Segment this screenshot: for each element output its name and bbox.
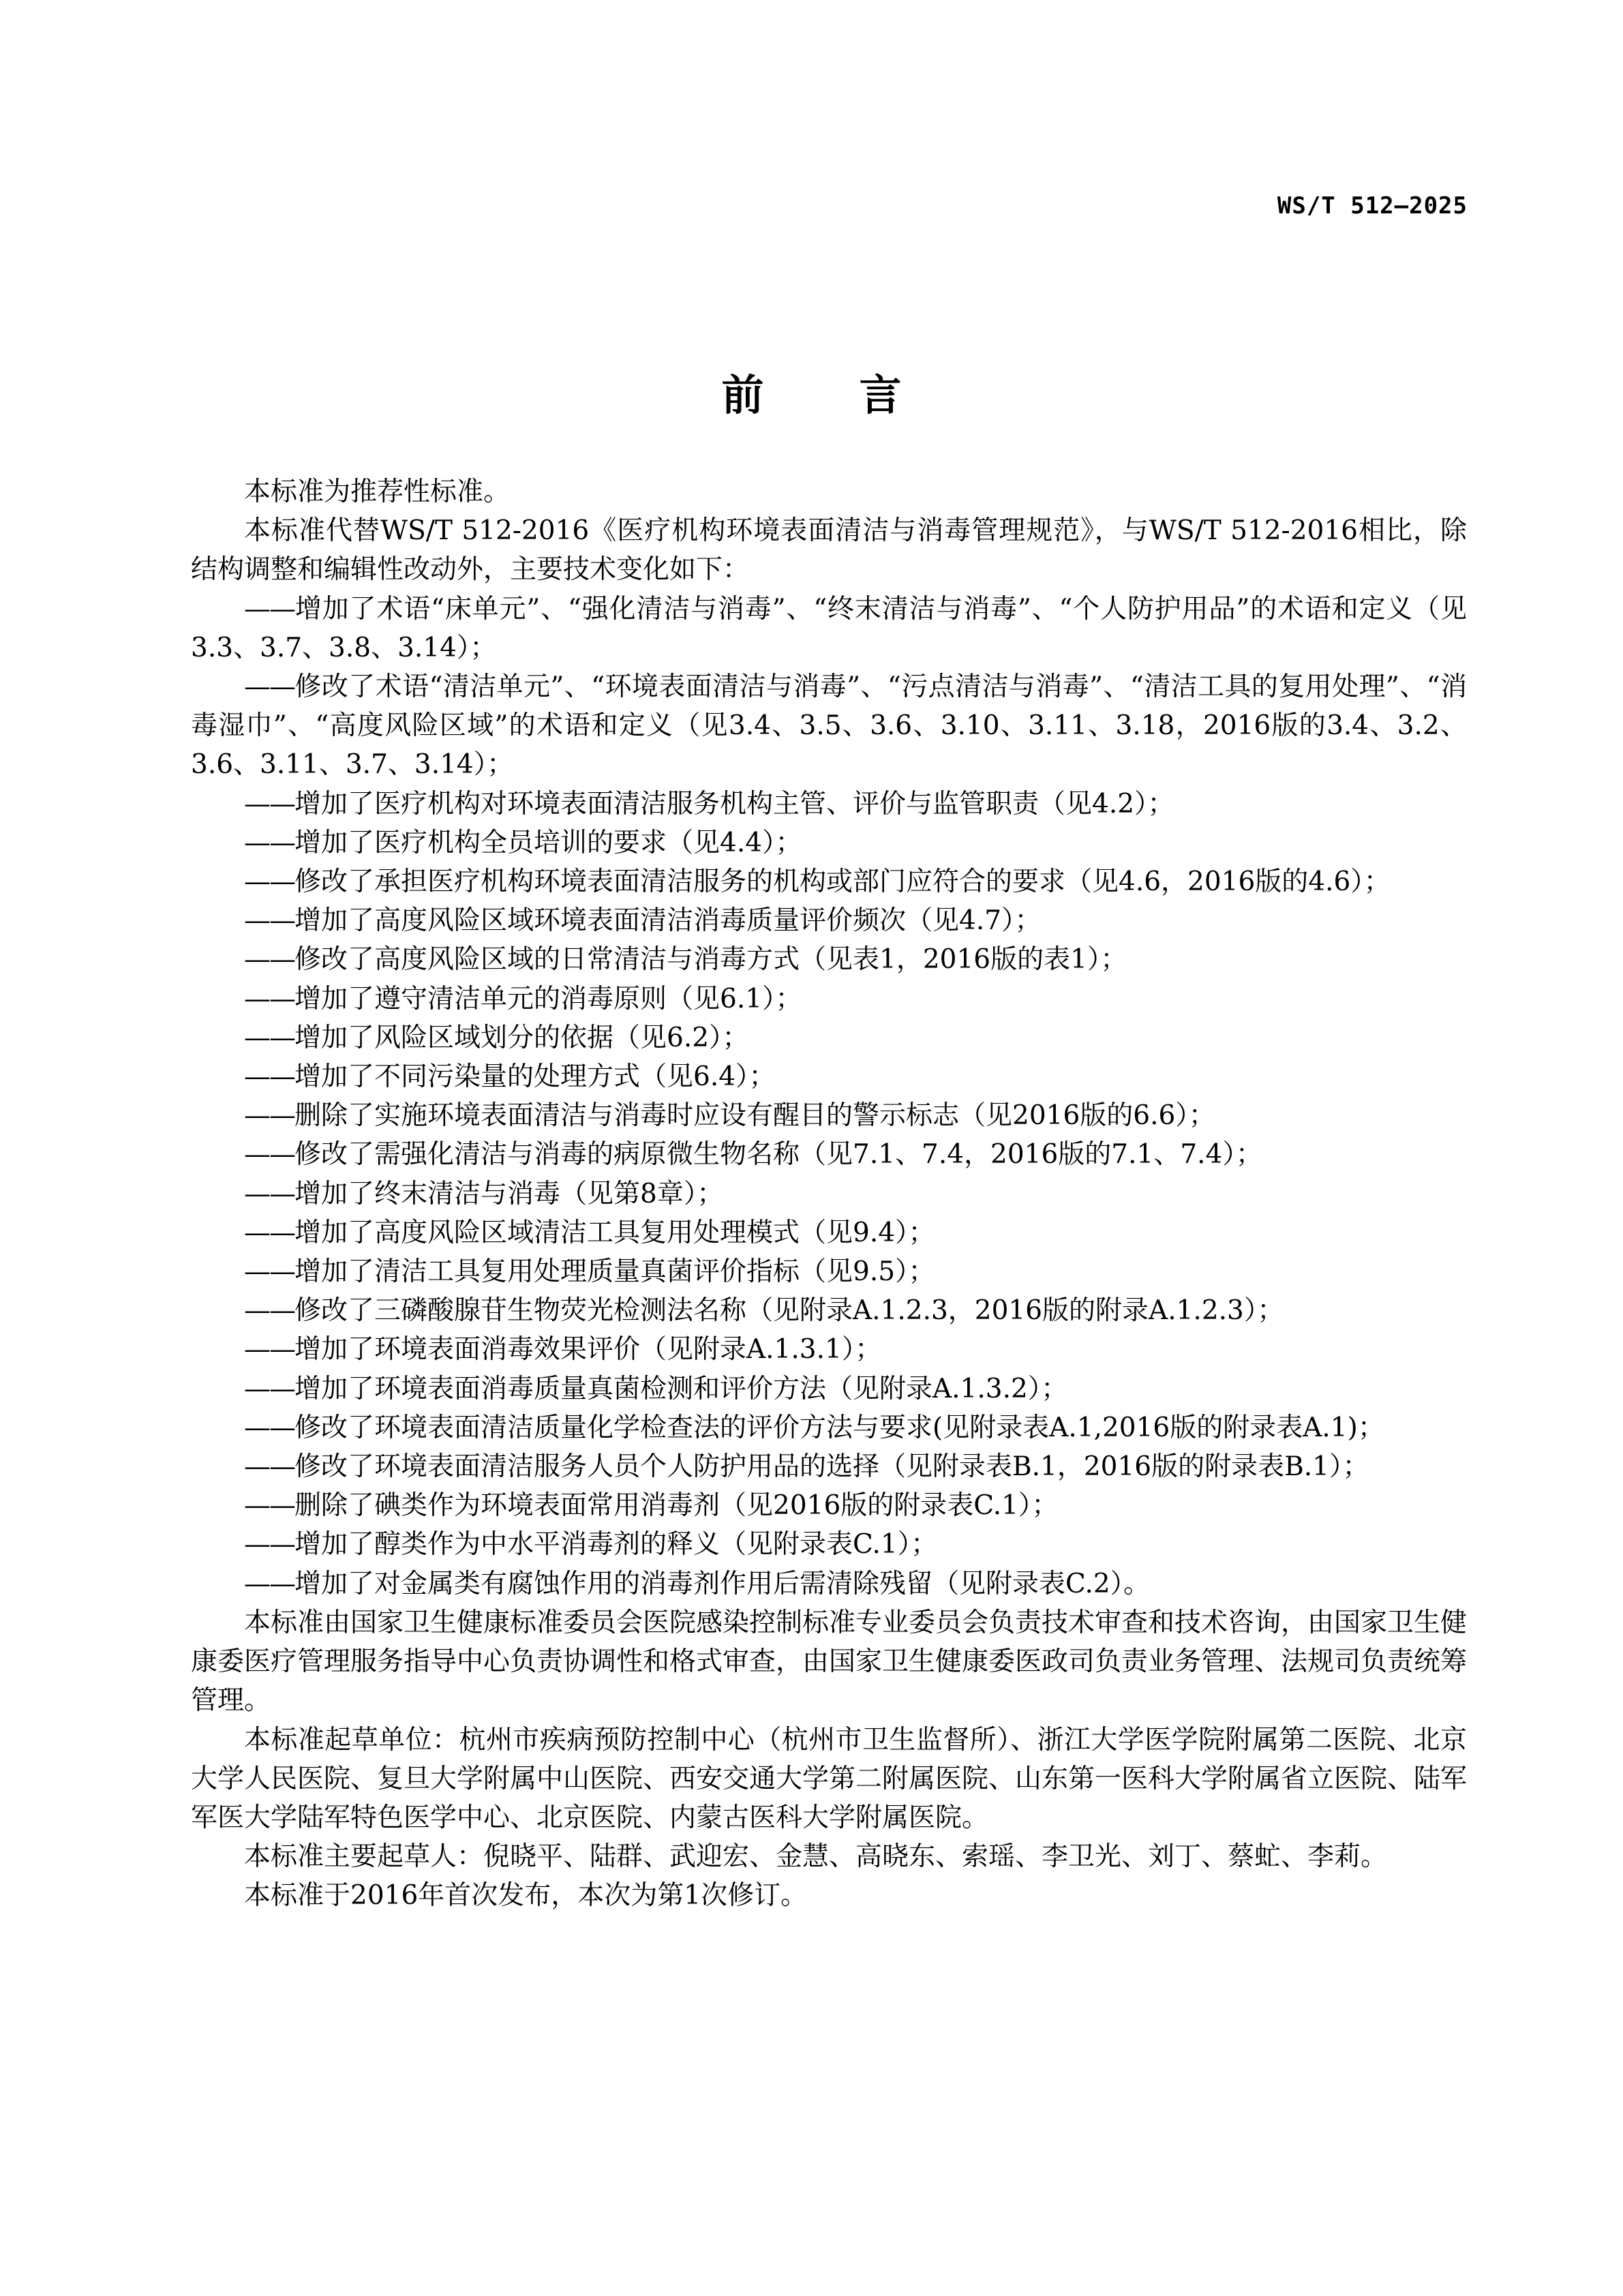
list-item-text: 删除了实施环境表面清洁与消毒时应设有醒目的警示标志（见2016版的6.6）； xyxy=(294,1100,1215,1131)
dash-marker: —— xyxy=(244,905,294,936)
list-item-text: 增加了环境表面消毒效果评价（见附录A.1.3.1）； xyxy=(294,1334,881,1365)
list-item: ——增加了对金属类有腐蚀作用的消毒剂作用后需清除残留（见附录表C.2）。 xyxy=(191,1565,1467,1603)
list-item: ——删除了实施环境表面清洁与消毒时应设有醒目的警示标志（见2016版的6.6）； xyxy=(191,1096,1467,1135)
document-id-header: WS/T 512—2025 xyxy=(1277,192,1468,220)
list-item-text: 修改了环境表面清洁质量化学检查法的评价方法与要求(见附录表A.1,2016版的附… xyxy=(294,1413,1384,1443)
dash-marker: —— xyxy=(244,1179,294,1209)
list-item: ——增加了清洁工具复用处理质量真菌评价指标（见9.5）； xyxy=(191,1252,1467,1291)
list-item: ——增加了环境表面消毒质量真菌检测和评价方法（见附录A.1.3.2）； xyxy=(191,1370,1467,1408)
list-item: ——增加了医疗机构对环境表面清洁服务机构主管、评价与监管职责（见4.2）； xyxy=(191,785,1467,824)
foreword-body: 本标准为推荐性标准。 本标准代替WS/T 512-2016《医疗机构环境表面清洁… xyxy=(191,472,1467,1916)
page-title: 前言 xyxy=(0,361,1623,422)
list-item-text: 增加了环境表面消毒质量真菌检测和评价方法（见附录A.1.3.2）； xyxy=(294,1374,1067,1404)
list-item-text: 增加了术语“床单元”、“强化清洁与消毒”、“终末清洁与消毒”、“个人防护用品”的… xyxy=(191,594,1467,663)
list-item-text: 修改了环境表面清洁服务人员个人防护用品的选择（见附录表B.1，2016版的附录表… xyxy=(294,1451,1369,1482)
list-item-text: 增加了对金属类有腐蚀作用的消毒剂作用后需清除残留（见附录表C.2）。 xyxy=(294,1569,1150,1599)
title-char-2: 言 xyxy=(860,361,902,422)
management-paragraph: 本标准由国家卫生健康标准委员会医院感染控制标准专业委员会负责技术审查和技术咨询，… xyxy=(191,1603,1467,1721)
dash-marker: —— xyxy=(244,1451,294,1482)
dash-marker: —— xyxy=(244,828,294,858)
list-item-text: 增加了医疗机构对环境表面清洁服务机构主管、评价与监管职责（见4.2）； xyxy=(294,789,1174,819)
list-item: ——增加了终末清洁与消毒（见第8章）； xyxy=(191,1175,1467,1213)
drafting-units-paragraph: 本标准起草单位：杭州市疾病预防控制中心（杭州市卫生监督所）、浙江大学医学院附属第… xyxy=(191,1721,1467,1838)
list-item-text: 删除了碘类作为环境表面常用消毒剂（见2016版的附录表C.1）； xyxy=(294,1490,1058,1521)
dash-marker: —— xyxy=(244,1529,294,1560)
list-item-text: 修改了术语“清洁单元”、“环境表面清洁与消毒”、“污点清洁与消毒”、“清洁工具的… xyxy=(191,671,1467,780)
history-paragraph: 本标准于2016年首次发布，本次为第1次修订。 xyxy=(191,1876,1467,1915)
list-item: ——修改了环境表面清洁质量化学检查法的评价方法与要求(见附录表A.1,2016版… xyxy=(191,1408,1467,1447)
list-item: ——增加了高度风险区域清洁工具复用处理模式（见9.4）； xyxy=(191,1213,1467,1252)
dash-marker: —— xyxy=(244,1413,294,1443)
list-item-text: 修改了需强化清洁与消毒的病原微生物名称（见7.1、7.4，2016版的7.1、7… xyxy=(294,1139,1262,1170)
list-item: ——增加了环境表面消毒效果评价（见附录A.1.3.1）； xyxy=(191,1330,1467,1369)
dash-marker: —— xyxy=(244,984,294,1014)
list-item: ——增加了术语“床单元”、“强化清洁与消毒”、“终末清洁与消毒”、“个人防护用品… xyxy=(191,590,1467,667)
dash-marker: —— xyxy=(244,1100,294,1131)
dash-marker: —— xyxy=(244,1256,294,1287)
dash-marker: —— xyxy=(244,1569,294,1599)
list-item-text: 增加了清洁工具复用处理质量真菌评价指标（见9.5）； xyxy=(294,1256,935,1287)
dash-marker: —— xyxy=(244,1023,294,1053)
document-page: WS/T 512—2025 前言 本标准为推荐性标准。 本标准代替WS/T 51… xyxy=(0,0,1623,2296)
list-item-text: 增加了医疗机构全员培训的要求（见4.4）； xyxy=(294,828,802,858)
drafters-paragraph: 本标准主要起草人：倪晓平、陆群、武迎宏、金慧、高晓东、索瑶、李卫光、刘丁、蔡虻、… xyxy=(191,1837,1467,1876)
list-item-text: 增加了终末清洁与消毒（见第8章）； xyxy=(294,1179,723,1209)
list-item: ——修改了环境表面清洁服务人员个人防护用品的选择（见附录表B.1，2016版的附… xyxy=(191,1447,1467,1486)
list-item: ——增加了风险区域划分的依据（见6.2）； xyxy=(191,1018,1467,1057)
title-char-1: 前 xyxy=(721,361,763,422)
list-item: ——修改了术语“清洁单元”、“环境表面清洁与消毒”、“污点清洁与消毒”、“清洁工… xyxy=(191,667,1467,785)
list-item: ——增加了遵守清洁单元的消毒原则（见6.1）； xyxy=(191,980,1467,1018)
list-item-text: 修改了高度风险区域的日常清洁与消毒方式（见表1，2016版的表1）； xyxy=(294,944,1127,975)
list-item: ——修改了承担医疗机构环境表面清洁服务的机构或部门应符合的要求（见4.6，201… xyxy=(191,862,1467,901)
changes-list: ——增加了术语“床单元”、“强化清洁与消毒”、“终末清洁与消毒”、“个人防护用品… xyxy=(191,590,1467,1603)
dash-marker: —— xyxy=(244,1295,294,1326)
dash-marker: —— xyxy=(244,1061,294,1092)
intro-paragraph-replacement: 本标准代替WS/T 512-2016《医疗机构环境表面清洁与消毒管理规范》，与W… xyxy=(191,511,1467,589)
list-item-text: 增加了高度风险区域清洁工具复用处理模式（见9.4）； xyxy=(294,1218,935,1248)
list-item: ——修改了三磷酸腺苷生物荧光检测法名称（见附录A.1.2.3，2016版的附录A… xyxy=(191,1291,1467,1330)
list-item-text: 增加了高度风险区域环境表面清洁消毒质量评价频次（见4.7）； xyxy=(294,905,1042,936)
list-item: ——增加了醇类作为中水平消毒剂的释义（见附录表C.1）； xyxy=(191,1525,1467,1564)
list-item-text: 增加了不同污染量的处理方式（见6.4）； xyxy=(294,1061,776,1092)
list-item: ——删除了碘类作为环境表面常用消毒剂（见2016版的附录表C.1）； xyxy=(191,1486,1467,1525)
list-item-text: 增加了风险区域划分的依据（见6.2）； xyxy=(294,1023,749,1053)
dash-marker: —— xyxy=(244,594,294,624)
dash-marker: —— xyxy=(244,866,294,897)
list-item-text: 增加了醇类作为中水平消毒剂的释义（见附录表C.1）； xyxy=(294,1529,937,1560)
dash-marker: —— xyxy=(244,1374,294,1404)
intro-paragraph-recommended: 本标准为推荐性标准。 xyxy=(191,472,1467,511)
list-item: ——增加了高度风险区域环境表面清洁消毒质量评价频次（见4.7）； xyxy=(191,901,1467,940)
dash-marker: —— xyxy=(244,1334,294,1365)
list-item-text: 修改了承担医疗机构环境表面清洁服务的机构或部门应符合的要求（见4.6，2016版… xyxy=(294,866,1391,897)
dash-marker: —— xyxy=(244,1490,294,1521)
dash-marker: —— xyxy=(244,1218,294,1248)
list-item: ——增加了医疗机构全员培训的要求（见4.4）； xyxy=(191,824,1467,862)
dash-marker: —— xyxy=(244,671,294,702)
list-item: ——修改了高度风险区域的日常清洁与消毒方式（见表1，2016版的表1）； xyxy=(191,940,1467,979)
list-item-text: 增加了遵守清洁单元的消毒原则（见6.1）； xyxy=(294,984,802,1014)
list-item: ——增加了不同污染量的处理方式（见6.4）； xyxy=(191,1057,1467,1096)
list-item: ——修改了需强化清洁与消毒的病原微生物名称（见7.1、7.4，2016版的7.1… xyxy=(191,1135,1467,1174)
dash-marker: —— xyxy=(244,944,294,975)
list-item-text: 修改了三磷酸腺苷生物荧光检测法名称（见附录A.1.2.3，2016版的附录A.1… xyxy=(294,1295,1284,1326)
dash-marker: —— xyxy=(244,1139,294,1170)
dash-marker: —— xyxy=(244,789,294,819)
